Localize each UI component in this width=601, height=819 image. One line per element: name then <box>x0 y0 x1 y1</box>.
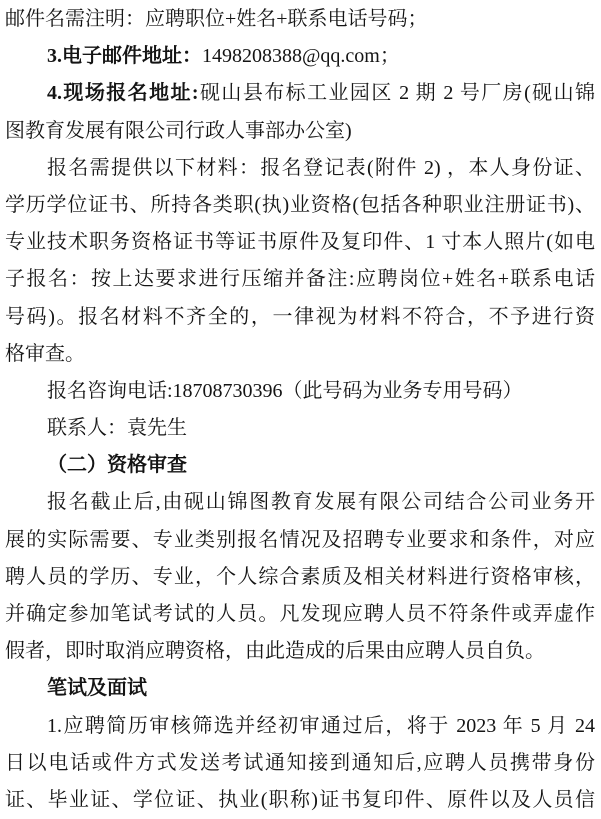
text-line: 报名截止后,由砚山锦图教育发展有限公司结合公司业务开 <box>5 484 595 521</box>
text-segment: 证、毕业证、学位证、执业(职称)证书复印件、原件以及人员信 <box>5 789 595 811</box>
text-segment: 图教育发展有限公司行政人事部办公室) <box>5 120 352 142</box>
text-line: 证、毕业证、学位证、执业(职称)证书复印件、原件以及人员信 <box>5 782 595 819</box>
text-segment: 砚山县布标工业园区 2 期 2 号厂房(砚山锦 <box>199 82 595 104</box>
text-line: 并确定参加笔试考试的人员。凡发现应聘人员不符条件或弄虚作 <box>5 596 595 633</box>
bold-text-segment: 4.现场报名地址: <box>47 82 199 104</box>
text-line: 邮件名需注明：应聘职位+姓名+联系电话号码； <box>5 1 595 38</box>
text-line: 聘人员的学历、专业，个人综合素质及相关材料进行资格审核， <box>5 559 595 596</box>
text-line: 4.现场报名地址:砚山县布标工业园区 2 期 2 号厂房(砚山锦 <box>5 75 595 112</box>
text-line: 日以电话或件方式发送考试通知接到通知后,应聘人员携带身份 <box>5 745 595 782</box>
text-segment: 1498208388@qq.com； <box>202 45 400 67</box>
text-line: 图教育发展有限公司行政人事部办公室) <box>5 113 595 150</box>
text-segment: 假者，即时取消应聘资格，由此造成的后果由应聘人员自负。 <box>5 640 545 662</box>
text-segment: 报名截止后,由砚山锦图教育发展有限公司结合公司业务开 <box>47 491 595 513</box>
text-segment: 专业技术职务资格证书等证书原件及复印件、1 寸本人照片(如电 <box>5 231 595 253</box>
text-segment: 号码)。报名材料不齐全的，一律视为材料不符合，不予进行资 <box>5 306 595 328</box>
text-segment: 1.应聘简历审核筛选并经初审通过后，将于 2023 年 5 月 24 <box>47 715 595 737</box>
text-segment: 报名咨询电话:18708730396（此号码为业务专用号码） <box>47 380 523 402</box>
text-line: 假者，即时取消应聘资格，由此造成的后果由应聘人员自负。 <box>5 633 595 670</box>
text-line: 笔试及面试 <box>5 670 595 707</box>
text-segment: 聘人员的学历、专业，个人综合素质及相关材料进行资格审核， <box>5 566 595 588</box>
text-line: 报名需提供以下材料：报名登记表(附件 2) ，本人身份证、 <box>5 150 595 187</box>
text-line: 3.电子邮件地址：1498208388@qq.com； <box>5 38 595 75</box>
bold-text-segment: 3.电子邮件地址： <box>47 45 202 67</box>
bold-text-segment: 笔试及面试 <box>47 677 147 699</box>
text-segment: 邮件名需注明：应聘职位+姓名+联系电话号码； <box>5 8 428 30</box>
document-page: 邮件名需注明：应聘职位+姓名+联系电话号码；3.电子邮件地址：149820838… <box>0 0 601 819</box>
text-segment: 日以电话或件方式发送考试通知接到通知后,应聘人员携带身份 <box>5 752 595 774</box>
text-segment: 学历学位证书、所持各类职(执)业资格(包括各种职业注册证书)、 <box>5 194 595 216</box>
text-segment: 展的实际需要、专业类别报名情况及招聘专业要求和条件，对应 <box>5 529 595 551</box>
text-line: 专业技术职务资格证书等证书原件及复印件、1 寸本人照片(如电 <box>5 224 595 261</box>
text-line: 联系人：袁先生 <box>5 410 595 447</box>
text-line: （二）资格审查 <box>5 447 595 484</box>
text-line: 子报名：按上达要求进行压缩并备注:应聘岗位+姓名+联系电话 <box>5 261 595 298</box>
text-segment: 联系人：袁先生 <box>47 417 187 439</box>
text-line: 学历学位证书、所持各类职(执)业资格(包括各种职业注册证书)、 <box>5 187 595 224</box>
text-segment: 并确定参加笔试考试的人员。凡发现应聘人员不符条件或弄虚作 <box>5 603 595 625</box>
text-segment: 子报名：按上达要求进行压缩并备注:应聘岗位+姓名+联系电话 <box>5 268 595 290</box>
text-line: 报名咨询电话:18708730396（此号码为业务专用号码） <box>5 373 595 410</box>
text-line: 展的实际需要、专业类别报名情况及招聘专业要求和条件，对应 <box>5 522 595 559</box>
document-body: 邮件名需注明：应聘职位+姓名+联系电话号码；3.电子邮件地址：149820838… <box>5 1 595 819</box>
text-line: 1.应聘简历审核筛选并经初审通过后，将于 2023 年 5 月 24 <box>5 708 595 745</box>
text-segment: 报名需提供以下材料：报名登记表(附件 2) ，本人身份证、 <box>47 157 595 179</box>
text-segment: 格审查。 <box>5 343 85 365</box>
text-line: 号码)。报名材料不齐全的，一律视为材料不符合，不予进行资 <box>5 299 595 336</box>
text-line: 格审查。 <box>5 336 595 373</box>
bold-text-segment: （二）资格审查 <box>47 454 187 476</box>
